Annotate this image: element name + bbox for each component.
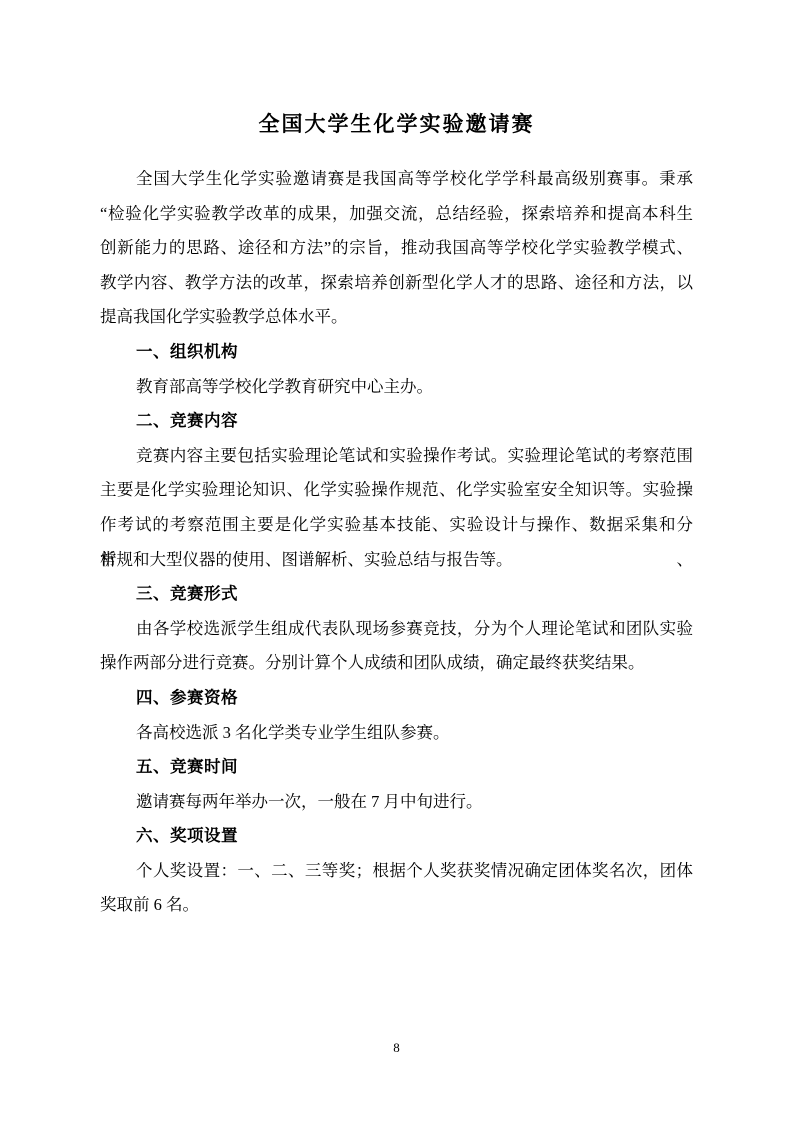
page-number: 8 xyxy=(0,1036,793,1060)
intro-paragraph-line: 提高我国化学实验教学总体水平。 xyxy=(100,300,693,335)
section-paragraph-line: 教育部高等学校化学教育研究中心主办。 xyxy=(100,370,693,405)
section-heading-content: 二、竞赛内容 xyxy=(100,404,693,439)
section-paragraph-line: 作考试的考察范围主要是化学实验基本技能、实验设计与操作、数据采集和分析、 xyxy=(100,508,693,543)
section-paragraph-line: 个人奖设置：一、二、三等奖；根据个人奖获奖情况确定团体奖名次，团体 xyxy=(100,854,693,889)
section-paragraph-line: 由各学校选派学生组成代表队现场参赛竞技，分为个人理论笔试和团队实验 xyxy=(100,612,693,647)
intro-paragraph-line: 教学内容、教学方法的改革，探索培养创新型化学人才的思路、途径和方法，以 xyxy=(100,266,693,301)
document-page: 全国大学生化学实验邀请赛 全国大学生化学实验邀请赛是我国高等学校化学学科最高级别… xyxy=(0,0,793,1122)
section-heading-awards: 六、奖项设置 xyxy=(100,819,693,854)
section-heading-format: 三、竞赛形式 xyxy=(100,577,693,612)
document-body: 全国大学生化学实验邀请赛 全国大学生化学实验邀请赛是我国高等学校化学学科最高级别… xyxy=(100,104,693,923)
section-paragraph-line: 奖取前 6 名。 xyxy=(100,888,693,923)
document-title: 全国大学生化学实验邀请赛 xyxy=(100,104,693,146)
section-paragraph-line: 主要是化学实验理论知识、化学实验操作规范、化学实验室安全知识等。实验操 xyxy=(100,473,693,508)
section-paragraph-line: 各高校选派 3 名化学类专业学生组队参赛。 xyxy=(100,716,693,751)
intro-paragraph-line: 创新能力的思路、途径和方法”的宗旨，推动我国高等学校化学实验教学模式、 xyxy=(100,231,693,266)
section-heading-eligibility: 四、参赛资格 xyxy=(100,681,693,716)
section-heading-organization: 一、组织机构 xyxy=(100,335,693,370)
section-heading-schedule: 五、竞赛时间 xyxy=(100,750,693,785)
intro-paragraph-line: 全国大学生化学实验邀请赛是我国高等学校化学学科最高级别赛事。秉承 xyxy=(100,162,693,197)
section-paragraph-line: 操作两部分进行竞赛。分别计算个人成绩和团队成绩，确定最终获奖结果。 xyxy=(100,646,693,681)
section-paragraph-line: 竞赛内容主要包括实验理论笔试和实验操作考试。实验理论笔试的考察范围 xyxy=(100,439,693,474)
section-paragraph-line: 邀请赛每两年举办一次，一般在 7 月中旬进行。 xyxy=(100,785,693,820)
intro-paragraph-line: “检验化学实验教学改革的成果，加强交流，总结经验，探索培养和提高本科生 xyxy=(100,197,693,232)
